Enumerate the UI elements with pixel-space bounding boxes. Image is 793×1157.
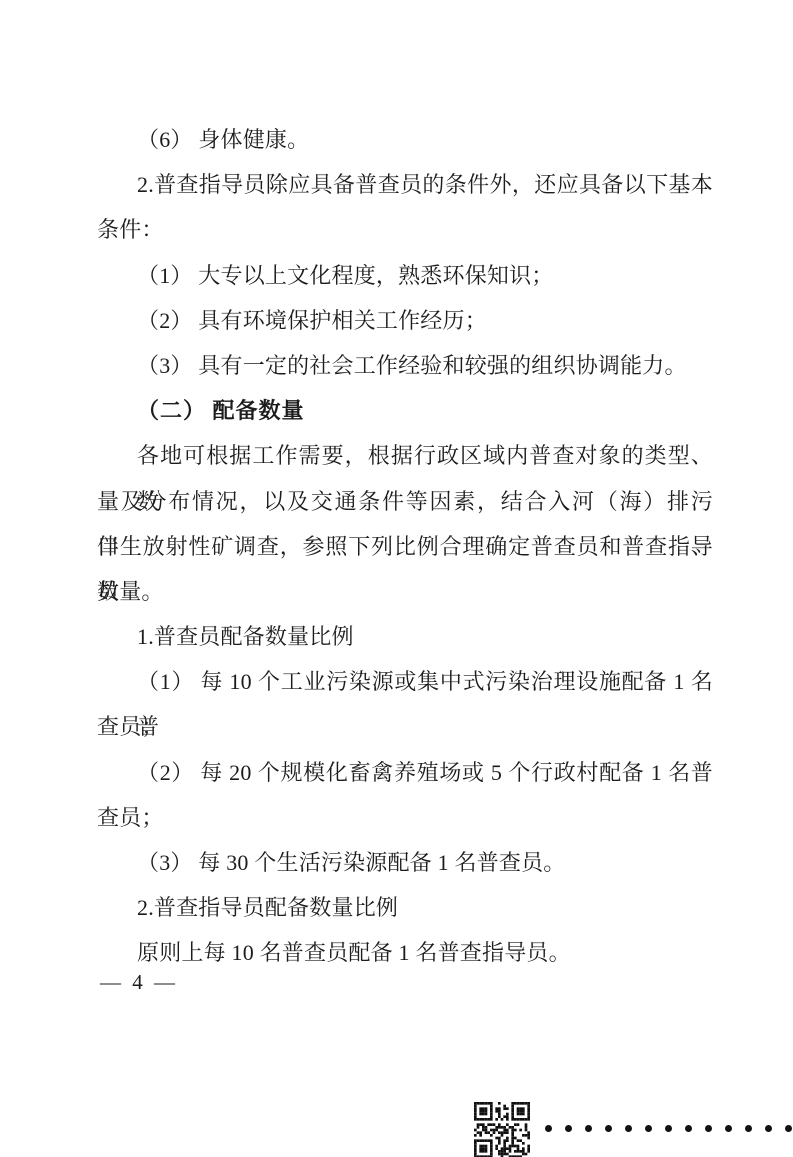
dot: [605, 1125, 612, 1132]
text-line: 原则上每 10 名普查员配备 1 名普查指导员。: [97, 930, 713, 975]
text-line: 条件：: [97, 207, 713, 252]
dot: [785, 1125, 792, 1132]
dot: [545, 1125, 552, 1132]
text-line: 2.普查指导员配备数量比例: [97, 885, 713, 930]
text-line: 量及分布情况，以及交通条件等因素，结合入河（海）排污口、: [97, 479, 713, 524]
text-line: （1） 每 10 个工业污染源或集中式污染治理设施配备 1 名普: [97, 659, 713, 704]
text-line: （1） 大专以上文化程度，熟悉环保知识；: [97, 253, 713, 298]
dot: [565, 1125, 572, 1132]
dot: [625, 1125, 632, 1132]
dot: [685, 1125, 692, 1132]
text-line: 查员；: [97, 795, 713, 840]
dot: [645, 1125, 652, 1132]
text-line: （2） 具有环境保护相关工作经历；: [97, 298, 713, 343]
dot: [725, 1125, 732, 1132]
text-line: （6） 身体健康。: [97, 117, 713, 162]
text-line: 2.普查指导员除应具备普查员的条件外，还应具备以下基本: [97, 162, 713, 207]
text-line: 1.普查员配备数量比例: [97, 614, 713, 659]
document-body: （6） 身体健康。2.普查指导员除应具备普查员的条件外，还应具备以下基本条件：（…: [97, 117, 713, 976]
page-number: — 4 —: [100, 970, 178, 995]
text-line: （3） 每 30 个生活污染源配备 1 名普查员。: [97, 840, 713, 885]
text-line: 各地可根据工作需要，根据行政区域内普查对象的类型、数: [97, 433, 713, 478]
text-line: （二） 配备数量: [97, 388, 713, 433]
text-line: （2） 每 20 个规模化畜禽养殖场或 5 个行政村配备 1 名普: [97, 750, 713, 795]
dot: [745, 1125, 752, 1132]
document-page: （6） 身体健康。2.普查指导员除应具备普查员的条件外，还应具备以下基本条件：（…: [0, 0, 793, 1157]
dot: [765, 1125, 772, 1132]
dot: [665, 1125, 672, 1132]
text-line: 数量。: [97, 569, 713, 614]
text-line: 查员；: [97, 704, 713, 749]
dot: [705, 1125, 712, 1132]
text-line: 伴生放射性矿调查，参照下列比例合理确定普查员和普查指导员: [97, 524, 713, 569]
dotted-line: [545, 1125, 792, 1132]
text-line: （3） 具有一定的社会工作经验和较强的组织协调能力。: [97, 343, 713, 388]
qr-code-icon: [474, 1102, 530, 1157]
dot: [585, 1125, 592, 1132]
